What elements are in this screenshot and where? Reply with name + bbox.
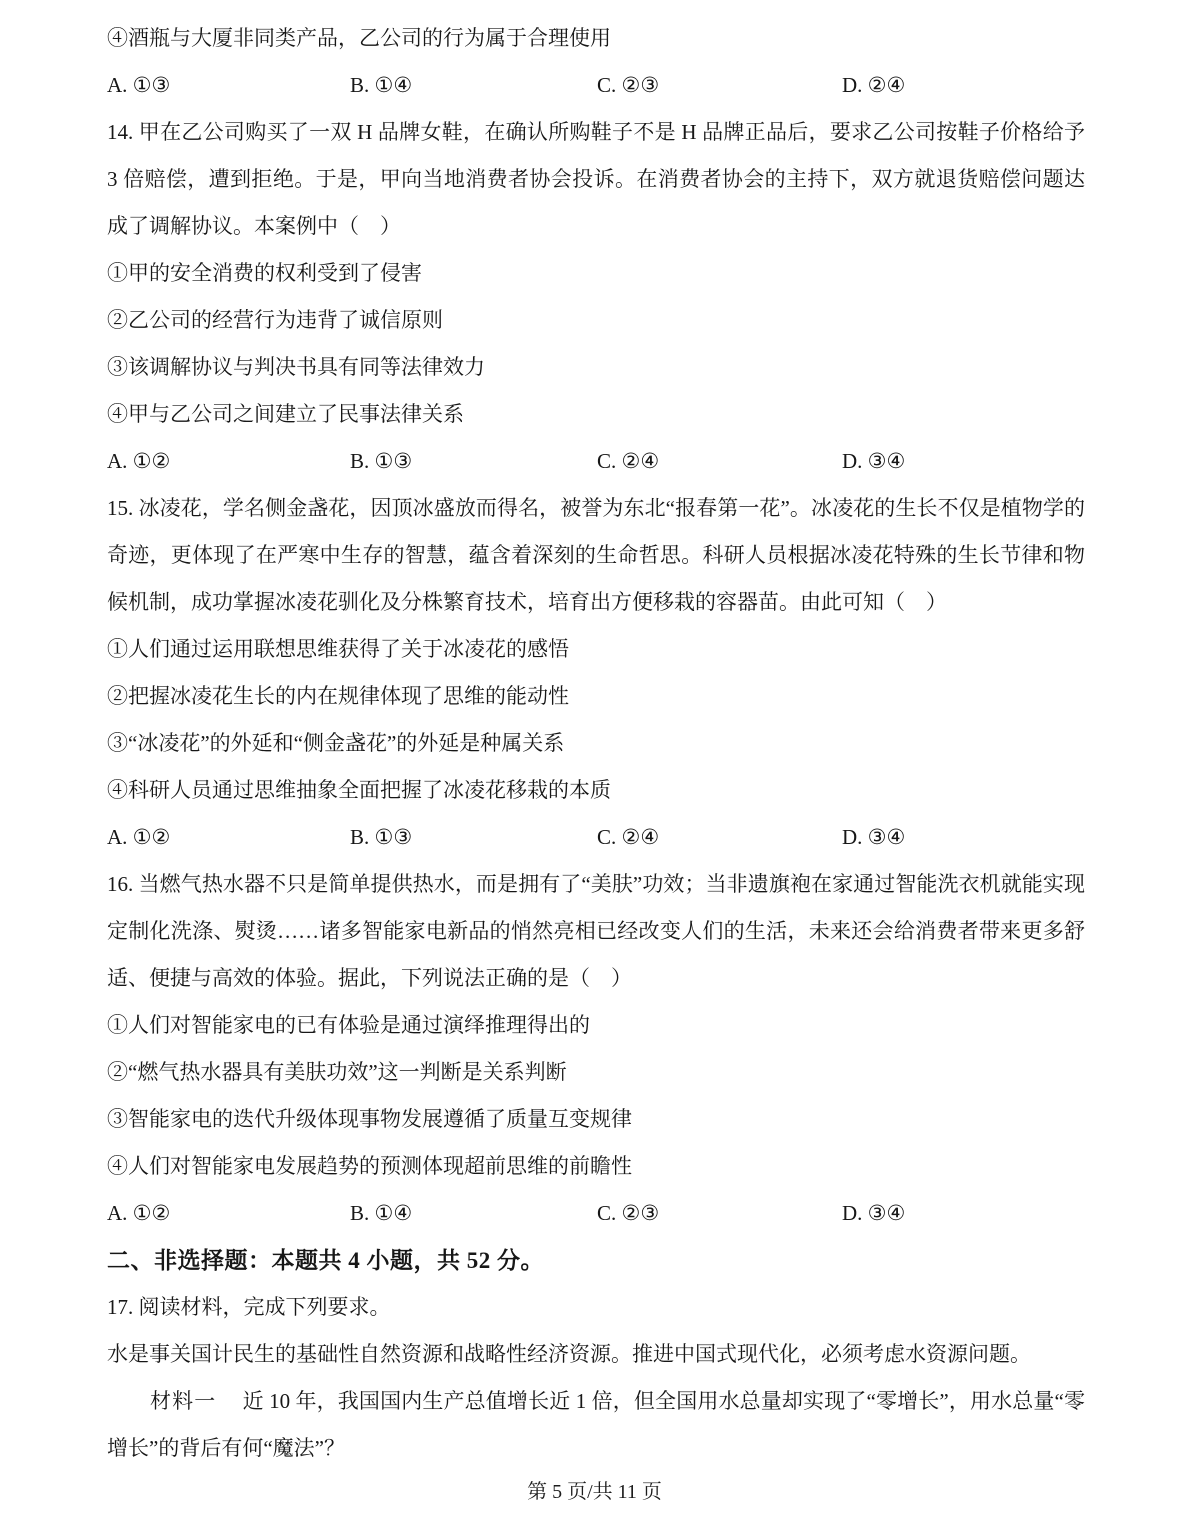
q13-option-a: A. ①③ — [107, 62, 350, 109]
q14-statement-4: ④甲与乙公司之间建立了民事法律关系 — [107, 391, 1085, 438]
q16-option-a: A. ①② — [107, 1190, 350, 1237]
q15-option-a: A. ①② — [107, 814, 350, 861]
q15-statement-4: ④科研人员通过思维抽象全面把握了冰凌花移栽的本质 — [107, 767, 1085, 814]
q16-statement-3: ③智能家电的迭代升级体现事物发展遵循了质量互变规律 — [107, 1096, 1085, 1143]
q14-option-d: D. ③④ — [842, 438, 1085, 485]
q16-statement-4: ④人们对智能家电发展趋势的预测体现超前思维的前瞻性 — [107, 1143, 1085, 1190]
q16-statement-2: ②“燃气热水器具有美肤功效”这一判断是关系判断 — [107, 1049, 1085, 1096]
section2-heading: 二、非选择题：本题共 4 小题，共 52 分。 — [107, 1237, 1085, 1284]
q14-option-a: A. ①② — [107, 438, 350, 485]
q15-option-b: B. ①③ — [350, 814, 597, 861]
q15-option-c: C. ②④ — [597, 814, 842, 861]
q14-stem: 14. 甲在乙公司购买了一双 H 品牌女鞋，在确认所购鞋子不是 H 品牌正品后，… — [107, 109, 1085, 250]
exam-paper-page: { "page": { "footer": "第 5 页/共 11 页" }, … — [0, 0, 1189, 1517]
q17-stem: 17. 阅读材料，完成下列要求。 — [107, 1284, 1085, 1331]
q15-options-row: A. ①② B. ①③ C. ②④ D. ③④ — [107, 814, 1085, 861]
q13-statement-4: ④酒瓶与大厦非同类产品，乙公司的行为属于合理使用 — [107, 15, 1085, 62]
q15-statement-2: ②把握冰凌花生长的内在规律体现了思维的能动性 — [107, 673, 1085, 720]
q16-option-b: B. ①④ — [350, 1190, 597, 1237]
q13-options-row: A. ①③ B. ①④ C. ②③ D. ②④ — [107, 62, 1085, 109]
q13-option-b: B. ①④ — [350, 62, 597, 109]
q15-statement-1: ①人们通过运用联想思维获得了关于冰凌花的感悟 — [107, 626, 1085, 673]
q16-statement-1: ①人们对智能家电的已有体验是通过演绎推理得出的 — [107, 1002, 1085, 1049]
q15-stem: 15. 冰凌花，学名侧金盏花，因顶冰盛放而得名，被誉为东北“报春第一花”。冰凌花… — [107, 485, 1085, 626]
q16-option-d: D. ③④ — [842, 1190, 1085, 1237]
q17-intro: 水是事关国计民生的基础性自然资源和战略性经济资源。推进中国式现代化，必须考虑水资… — [107, 1331, 1085, 1378]
q13-option-c: C. ②③ — [597, 62, 842, 109]
q13-option-d: D. ②④ — [842, 62, 1085, 109]
q14-option-b: B. ①③ — [350, 438, 597, 485]
q14-statement-2: ②乙公司的经营行为违背了诚信原则 — [107, 297, 1085, 344]
q15-statement-3: ③“冰凌花”的外延和“侧金盏花”的外延是种属关系 — [107, 720, 1085, 767]
q17-material-1-text: 近 10 年，我国国内生产总值增长近 1 倍，但全国用水总量却实现了“零增长”，… — [107, 1389, 1085, 1460]
q17-material-1-label: 材料一 — [150, 1389, 216, 1413]
q14-statement-3: ③该调解协议与判决书具有同等法律效力 — [107, 344, 1085, 391]
q16-option-c: C. ②③ — [597, 1190, 842, 1237]
page-footer: 第 5 页/共 11 页 — [0, 1477, 1189, 1507]
q14-statement-1: ①甲的安全消费的权利受到了侵害 — [107, 250, 1085, 297]
q16-options-row: A. ①② B. ①④ C. ②③ D. ③④ — [107, 1190, 1085, 1237]
page-content: ④酒瓶与大厦非同类产品，乙公司的行为属于合理使用 A. ①③ B. ①④ C. … — [0, 0, 1189, 1472]
q14-option-c: C. ②④ — [597, 438, 842, 485]
q17-material-1: 材料一近 10 年，我国国内生产总值增长近 1 倍，但全国用水总量却实现了“零增… — [107, 1378, 1085, 1472]
q16-stem: 16. 当燃气热水器不只是简单提供热水，而是拥有了“美肤”功效；当非遗旗袍在家通… — [107, 861, 1085, 1002]
q14-options-row: A. ①② B. ①③ C. ②④ D. ③④ — [107, 438, 1085, 485]
q15-option-d: D. ③④ — [842, 814, 1085, 861]
